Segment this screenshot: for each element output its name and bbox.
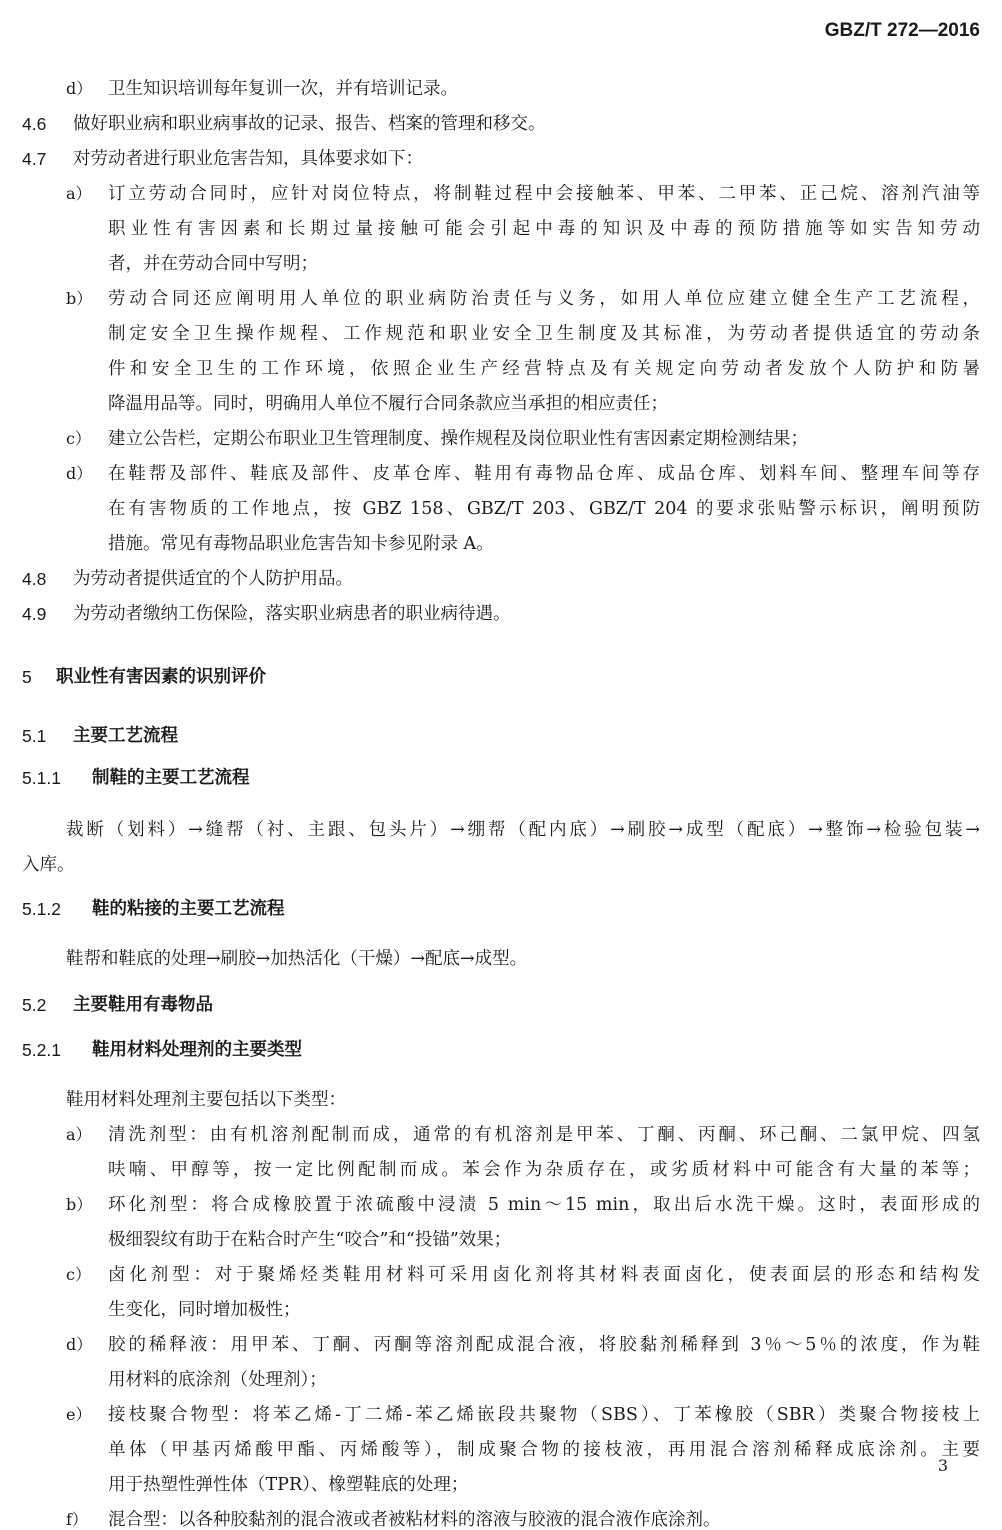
chapter-title: 职业性有害因素的识别评价: [56, 669, 266, 687]
page-number: 3: [938, 1456, 948, 1475]
clause-number: 4.9: [22, 606, 46, 624]
list-item-text: 措施。常见有毒物品职业危害告知卡参见附录 A。: [108, 536, 494, 554]
clause-number: 4.6: [22, 116, 46, 134]
list-marker: a）: [66, 1127, 92, 1143]
list-item-text: 呋喃、甲醇等，按一定比例配制而成。苯会作为杂质存在，或劣质材料中可能含有大量的苯…: [108, 1162, 980, 1180]
section-title: 鞋的粘接的主要工艺流程: [92, 901, 285, 919]
list-item-text: 劳动合同还应阐明用人单位的职业病防治责任与义务，如用人单位应建立健全生产工艺流程…: [108, 291, 980, 309]
list-item-text: 者，并在劳动合同中写明；: [108, 256, 318, 274]
list-item-text: 在有害物质的工作地点，按 GBZ 158、GBZ/T 203、GBZ/T 204…: [108, 501, 980, 519]
section-title: 鞋用材料处理剂的主要类型: [92, 1042, 302, 1060]
list-marker: b）: [66, 1197, 92, 1213]
section-title: 制鞋的主要工艺流程: [92, 770, 250, 788]
list-item-text: 订立劳动合同时，应针对岗位特点，将制鞋过程中会接触苯、甲苯、二甲苯、正己烷、溶剂…: [108, 186, 980, 204]
document-code: GBZ/T 272—2016: [825, 20, 980, 42]
list-marker: e）: [66, 1407, 91, 1423]
paragraph: 入库。: [22, 857, 75, 875]
paragraph: 鞋帮和鞋底的处理→刷胶→加热活化（干燥）→配底→成型。: [66, 951, 527, 969]
clause-text: 为劳动者提供适宜的个人防护用品。: [73, 571, 353, 589]
chapter-number: 5: [22, 669, 32, 687]
list-item-text: 在鞋帮及部件、鞋底及部件、皮革仓库、鞋用有毒物品仓库、成品仓库、划料车间、整理车…: [108, 466, 980, 484]
list-item-text: 极细裂纹有助于在粘合时产生“咬合”和“投锚”效果；: [108, 1232, 511, 1250]
list-item-text: 制定安全卫生操作规程、工作规范和职业安全卫生制度及其标准，为劳动者提供适宜的劳动…: [108, 326, 980, 344]
list-marker: d）: [66, 466, 92, 482]
list-item-text: 卫生知识培训每年复训一次，并有培训记录。: [108, 81, 458, 99]
list-item-text: 建立公告栏，定期公布职业卫生管理制度、操作规程及岗位职业性有害因素定期检测结果；: [108, 431, 808, 449]
section-number: 5.1.1: [22, 770, 61, 788]
list-item-text: 用于热塑性弹性体（TPR）、橡塑鞋底的处理；: [108, 1477, 468, 1495]
list-item-text: 职业性有害因素和长期过量接触可能会引起中毒的知识及中毒的预防措施等如实告知劳动: [108, 221, 980, 239]
list-item-text: 环化剂型：将合成橡胶置于浓硫酸中浸渍 5 min～15 min，取出后水洗干燥。…: [108, 1197, 980, 1215]
list-item-text: 接枝聚合物型：将苯乙烯-丁二烯-苯乙烯嵌段共聚物（SBS）、丁苯橡胶（SBR）类…: [108, 1407, 980, 1425]
section-number: 5.1.2: [22, 901, 61, 919]
section-number: 5.2: [22, 997, 46, 1015]
list-item-text: 降温用品等。同时，明确用人单位不履行合同条款应当承担的相应责任；: [108, 396, 668, 414]
paragraph: 裁断（划料）→缝帮（衬、主跟、包头片）→绷帮（配内底）→刷胶→成型（配底）→整饰…: [66, 822, 980, 840]
list-marker: a）: [66, 186, 92, 202]
list-marker: f）: [66, 1512, 88, 1528]
clause-text: 为劳动者缴纳工伤保险，落实职业病患者的职业病待遇。: [73, 606, 511, 624]
list-item-text: 用材料的底涂剂（处理剂）；: [108, 1372, 327, 1390]
list-item-text: 卤化剂型：对于聚烯烃类鞋用材料可采用卤化剂将其材料表面卤化，使表面层的形态和结构…: [108, 1267, 980, 1285]
list-marker: b）: [66, 291, 92, 307]
list-marker: d）: [66, 81, 92, 97]
list-item-text: 胶的稀释液：用甲苯、丁酮、丙酮等溶剂配成混合液，将胶黏剂稀释到 3％～5％的浓度…: [108, 1337, 980, 1355]
list-marker: c）: [66, 431, 91, 447]
list-marker: c）: [66, 1267, 91, 1283]
section-number: 5.1: [22, 728, 46, 746]
clause-number: 4.7: [22, 151, 46, 169]
section-number: 5.2.1: [22, 1042, 61, 1060]
list-item-text: 混合型：以各种胶黏剂的混合液或者被粘材料的溶液与胶液的混合液作底涂剂。: [108, 1512, 721, 1530]
list-item-text: 件和安全卫生的工作环境，依照企业生产经营特点及有关规定向劳动者发放个人防护和防暑: [108, 361, 980, 379]
clause-number: 4.8: [22, 571, 46, 589]
list-item-text: 清洗剂型：由有机溶剂配制而成，通常的有机溶剂是甲苯、丁酮、丙酮、环己酮、二氯甲烷…: [108, 1127, 980, 1145]
clause-text: 做好职业病和职业病事故的记录、报告、档案的管理和移交。: [73, 116, 546, 134]
list-item-text: 单体（甲基丙烯酸甲酯、丙烯酸等），制成聚合物的接枝液，再用混合溶剂稀释成底涂剂。…: [108, 1442, 980, 1460]
clause-text: 对劳动者进行职业危害告知，具体要求如下：: [73, 151, 423, 169]
section-title: 主要工艺流程: [73, 728, 178, 746]
paragraph: 鞋用材料处理剂主要包括以下类型：: [66, 1092, 346, 1110]
list-marker: d）: [66, 1337, 92, 1353]
list-item-text: 生变化，同时增加极性；: [108, 1302, 301, 1320]
section-title: 主要鞋用有毒物品: [73, 997, 213, 1015]
